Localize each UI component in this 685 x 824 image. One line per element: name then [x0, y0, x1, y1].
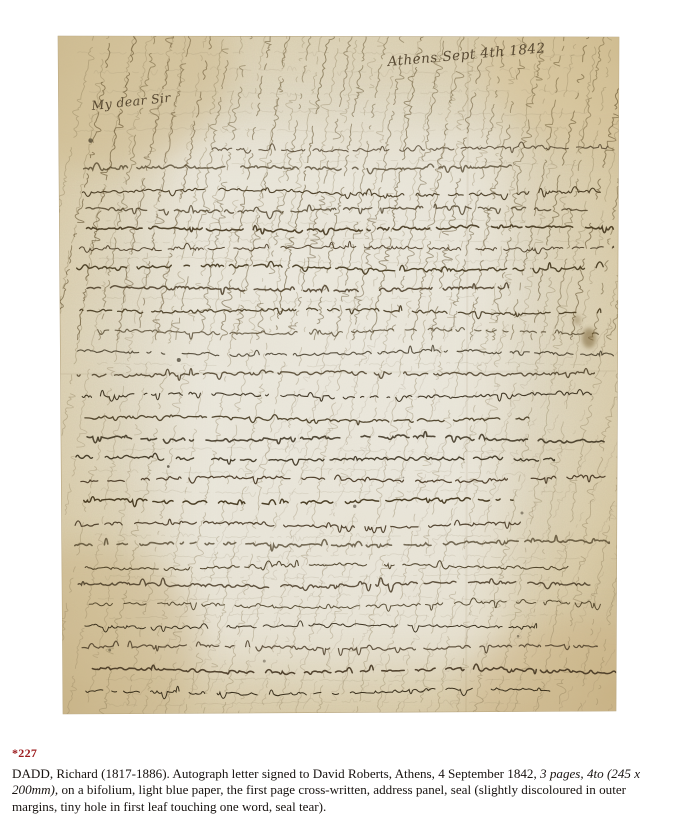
letter-scan: Athens Sept 4th 1842My dear Sir [0, 0, 685, 740]
caption-segment: 3 pages, 4to (245 x [540, 766, 640, 781]
caption-segment: margins, tiny hole in first leaf touchin… [12, 799, 326, 814]
stain [582, 328, 596, 348]
lot-number: *227 [12, 746, 680, 761]
caption-text: DADD, Richard (1817-1886). Autograph let… [12, 766, 680, 815]
caption-line: margins, tiny hole in first leaf touchin… [12, 799, 680, 815]
paper-surface: Athens Sept 4th 1842My dear Sir [0, 0, 685, 740]
letter-scan-figure: Athens Sept 4th 1842My dear Sir [0, 0, 685, 745]
catalog-page: Athens Sept 4th 1842My dear Sir *227 DAD… [0, 0, 685, 824]
caption-segment: DADD, Richard (1817-1886). Autograph let… [12, 766, 540, 781]
caption: *227 DADD, Richard (1817-1886). Autograp… [12, 746, 680, 815]
caption-line: DADD, Richard (1817-1886). Autograph let… [12, 766, 680, 782]
caption-line: 200mm), on a bifolium, light blue paper,… [12, 782, 680, 798]
stain [573, 315, 581, 325]
caption-segment: 200mm), [12, 782, 58, 797]
caption-segment: on a bifolium, light blue paper, the fir… [58, 782, 626, 797]
